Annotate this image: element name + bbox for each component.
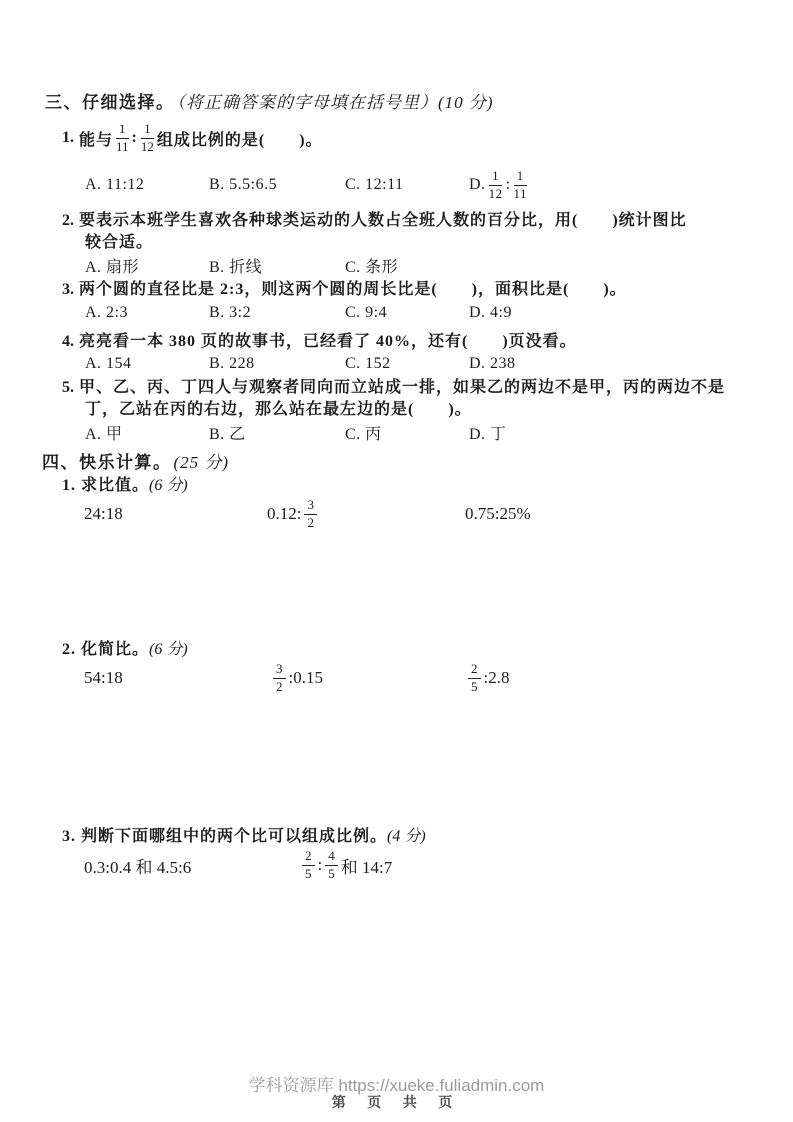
question-1-option-d-fraction-1: 1 12	[489, 169, 503, 201]
question-1-colon: :	[132, 129, 138, 147]
question-2-option-b: B. 折线	[209, 252, 262, 278]
question-5-option-c: C. 丙	[345, 419, 382, 445]
calc-2-expression-2: 3 2 :0.15	[270, 658, 323, 698]
section3-title: 三、仔细选择。	[45, 93, 175, 112]
calc-2-expression-3-fraction: 2 5	[468, 662, 481, 694]
calc-3-expression-2-fraction-2: 4 5	[325, 849, 338, 881]
question-3-option-a: A. 2:3	[85, 300, 128, 326]
section3-instruction: （将正确答案的字母填在括号里）(10 分)	[177, 93, 494, 112]
calc-1-expression-3: 0.75:25%	[465, 494, 531, 534]
question-1-option-d: D. 1 12 : 1 11	[469, 164, 530, 206]
section4-heading: 四、快乐计算。(25 分)	[42, 448, 229, 473]
question-5-option-b: B. 乙	[209, 419, 246, 445]
question-5-options: A. 甲 B. 乙 C. 丙 D. 丁	[0, 419, 793, 445]
question-5-stem-line1: 5.甲、乙、丙、丁四人与观察者同向而立站成一排，如果乙的两边不是甲，丙的两边不是	[62, 374, 725, 397]
question-3-option-c: C. 9:4	[345, 300, 387, 326]
question-1-option-d-fraction-2: 1 11	[514, 169, 528, 201]
calc-3-expression-2: 2 5 : 4 5 和 14:7	[299, 845, 392, 885]
question-5-option-d: D. 丁	[469, 419, 507, 445]
calc-2-expression-1: 54:18	[84, 658, 123, 698]
question-1-option-c: C. 12:11	[345, 164, 404, 206]
question-4-stem: 4.亮亮看一本 380 页的故事书，已经看了 40%，还有( )页没看。	[62, 328, 577, 351]
calc-3-expressions: 0.3:0.4 和 4.5:6 2 5 : 4 5 和 14:7	[0, 845, 793, 885]
question-3-option-d: D. 4:9	[469, 300, 512, 326]
question-1-option-b: B. 5.5:6.5	[209, 164, 277, 206]
calc-1-expression-2: 0.12: 3 2	[267, 494, 320, 534]
question-1-number: 1.	[62, 129, 74, 147]
question-3-number: 3.	[62, 281, 74, 298]
question-5-option-a: A. 甲	[85, 419, 123, 445]
question-2-options: A. 扇形 B. 折线 C. 条形	[0, 252, 793, 278]
question-4-number: 4.	[62, 333, 74, 350]
question-1-pre: 能与	[79, 127, 113, 150]
calc-1-expressions: 24:18 0.12: 3 2 0.75:25%	[0, 494, 793, 534]
calc-1-label: 1. 求比值。(6 分)	[62, 472, 188, 495]
footer-page-label: 第 页 共 页	[0, 1092, 793, 1112]
calc-2-expressions: 54:18 3 2 :0.15 2 5 :2.8	[0, 658, 793, 698]
section3-heading: 三、仔细选择。（将正确答案的字母填在括号里）(10 分)	[45, 88, 494, 113]
calc-1-expression-1: 24:18	[84, 494, 123, 534]
question-1-option-a: A. 11:12	[85, 164, 144, 206]
exam-page: 三、仔细选择。（将正确答案的字母填在括号里）(10 分) 1. 能与 1 11 …	[0, 0, 793, 1122]
section4-points: (25 分)	[174, 453, 230, 472]
calc-1-expression-2-fraction: 3 2	[304, 498, 317, 530]
question-2-option-a: A. 扇形	[85, 252, 139, 278]
question-3-stem: 3.两个圆的直径比是 2:3，则这两个圆的周长比是( )，面积比是( )。	[62, 276, 627, 299]
question-2-option-c: C. 条形	[345, 252, 398, 278]
calc-2-label: 2. 化简比。(6 分)	[62, 636, 188, 659]
question-3-options: A. 2:3 B. 3:2 C. 9:4 D. 4:9	[0, 300, 793, 326]
question-2-number: 2.	[62, 212, 74, 229]
calc-2-expression-3: 2 5 :2.8	[465, 658, 509, 698]
question-2-stem-line1: 2.要表示本班学生喜欢各种球类运动的人数占全班人数的百分比，用( )统计图比	[62, 207, 687, 230]
calc-1-points: (6 分)	[149, 477, 188, 494]
calc-2-expression-2-fraction: 3 2	[273, 662, 286, 694]
question-5-stem-line2: 丁，乙站在丙的右边，那么站在最左边的是( )。	[85, 396, 472, 419]
question-1-fraction-2: 1 12	[141, 122, 154, 154]
calc-3-expression-2-fraction-1: 2 5	[302, 849, 315, 881]
question-1-options: A. 11:12 B. 5.5:6.5 C. 12:11 D. 1 12 : 1…	[0, 164, 793, 206]
calc-3-label: 3. 判断下面哪组中的两个比可以组成比例。(4 分)	[62, 823, 426, 846]
question-1-stem: 1. 能与 1 11 : 1 12 组成比例的是( )。	[62, 116, 323, 160]
question-1-post: 组成比例的是( )。	[157, 127, 323, 150]
question-2-stem-line2: 较合适。	[85, 229, 153, 252]
question-5-number: 5.	[62, 379, 74, 396]
calc-2-points: (6 分)	[149, 641, 188, 658]
question-1-fraction-1: 1 11	[116, 122, 129, 154]
section4-title: 四、快乐计算。	[42, 453, 172, 472]
calc-3-points: (4 分)	[387, 828, 426, 845]
question-3-option-b: B. 3:2	[209, 300, 251, 326]
calc-3-expression-1: 0.3:0.4 和 4.5:6	[84, 845, 191, 885]
